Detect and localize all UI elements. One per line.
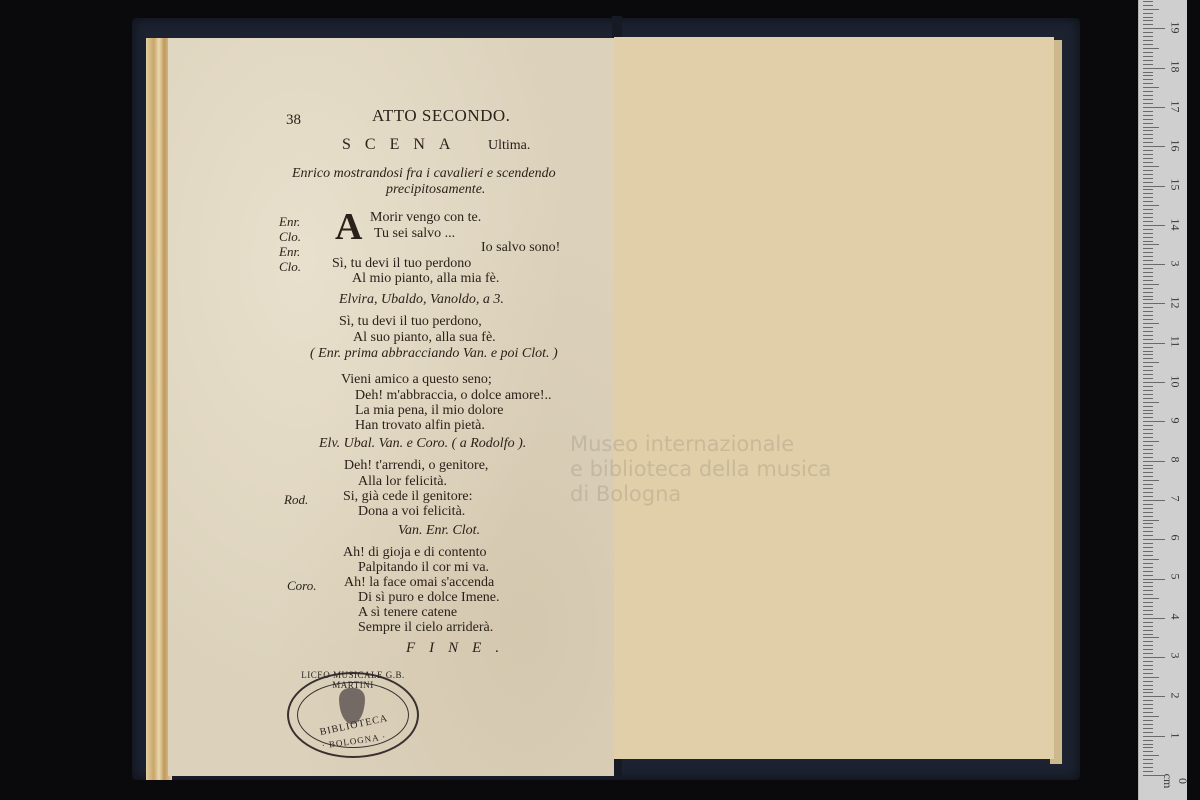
ruler-label: 1 <box>1168 728 1183 744</box>
verse-line: La mia pena, il mio dolore <box>355 403 504 419</box>
ruler-tick <box>1143 759 1153 760</box>
ruler-tick <box>1143 186 1165 187</box>
ruler-tick <box>1143 319 1153 320</box>
ruler-tick <box>1143 653 1153 654</box>
verse-line: Vieni amico a questo seno; <box>341 372 492 388</box>
ruler-tick <box>1143 182 1153 183</box>
ruler-label: 3 <box>1168 256 1183 272</box>
ruler-tick <box>1143 248 1153 249</box>
stage-direction: ( Enr. prima abbracciando Van. e poi Clo… <box>310 346 558 362</box>
ruler-tick <box>1143 571 1153 572</box>
ruler-tick <box>1143 641 1153 642</box>
speaker: Coro. <box>287 578 317 594</box>
verse-line: Morir vengo con te. <box>370 210 481 226</box>
ruler-tick <box>1143 406 1153 407</box>
ruler-tick <box>1143 696 1165 697</box>
ruler-label: 4 <box>1168 609 1183 625</box>
ruler-tick <box>1143 614 1153 615</box>
verse-line: Sempre il cielo arriderà. <box>358 620 493 636</box>
ruler-tick <box>1143 410 1153 411</box>
ruler-tick <box>1143 343 1165 344</box>
ruler-tick <box>1143 468 1153 469</box>
ruler-tick <box>1143 398 1153 399</box>
ruler-tick <box>1143 5 1153 6</box>
ruler-tick <box>1143 590 1153 591</box>
ruler-tick <box>1143 704 1153 705</box>
ruler-label: 17 <box>1168 99 1183 115</box>
ruler-tick <box>1143 20 1153 21</box>
ruler-tick <box>1143 755 1159 756</box>
ruler-tick <box>1143 649 1153 650</box>
ruler-tick <box>1143 256 1153 257</box>
ruler-tick <box>1143 716 1159 717</box>
ruler-tick <box>1143 555 1153 556</box>
ruler-tick <box>1143 539 1165 540</box>
ruler-tick <box>1143 547 1153 548</box>
ruler-tick <box>1143 130 1153 131</box>
ruler-tick <box>1143 681 1153 682</box>
ruler-tick <box>1143 28 1165 29</box>
ruler-tick <box>1143 241 1153 242</box>
verse-line: Si, già cede il genitore: <box>343 489 472 505</box>
section-heading: Elv. Ubal. Van. e Coro. ( a Rodolfo ). <box>319 436 526 452</box>
verse-line: Palpitando il cor mi va. <box>358 560 489 576</box>
ruler-tick <box>1143 763 1153 764</box>
speaker: Rod. <box>284 492 308 508</box>
ruler-tick <box>1143 233 1153 234</box>
section-heading: Elvira, Ubaldo, Vanoldo, a 3. <box>339 292 504 308</box>
ruler-tick <box>1143 437 1153 438</box>
blank-right-page <box>614 37 1054 759</box>
ruler-tick <box>1143 24 1153 25</box>
ruler-tick <box>1143 433 1153 434</box>
ruler-label: 6 <box>1168 530 1183 546</box>
verse-line: Sì, tu devi il tuo perdono <box>332 256 471 272</box>
ruler-tick <box>1143 685 1153 686</box>
ruler-tick <box>1143 657 1165 658</box>
speaker: Clo. <box>279 229 301 245</box>
ruler-tick <box>1143 634 1153 635</box>
ruler-tick <box>1143 390 1153 391</box>
ruler-tick <box>1143 575 1153 576</box>
ruler-tick <box>1143 508 1153 509</box>
ruler-tick <box>1143 582 1153 583</box>
watermark-line: e biblioteca della musica <box>570 457 831 482</box>
ruler-tick <box>1143 307 1153 308</box>
ruler-tick <box>1143 465 1153 466</box>
ruler-tick <box>1143 520 1159 521</box>
speaker: Enr. <box>279 244 300 260</box>
ruler-tick <box>1143 394 1153 395</box>
ruler-tick <box>1143 72 1153 73</box>
verse-line: Han trovato alfin pietà. <box>355 418 485 434</box>
ruler-tick <box>1143 193 1153 194</box>
ruler-tick <box>1143 292 1153 293</box>
ruler-tick <box>1143 728 1153 729</box>
ruler-tick <box>1143 52 1153 53</box>
ruler-tick <box>1143 445 1153 446</box>
ruler-label: 16 <box>1168 138 1183 154</box>
ruler-tick <box>1143 64 1153 65</box>
stage-direction: precipitosamente. <box>386 182 485 198</box>
ruler-tick <box>1143 127 1159 128</box>
ruler-label: 18 <box>1168 59 1183 75</box>
ruler-tick <box>1143 366 1153 367</box>
ruler-tick <box>1143 767 1153 768</box>
library-stamp: LICEO MUSICALE G.B. MARTINI BIBLIOTECA ·… <box>287 672 419 758</box>
ruler-tick <box>1143 370 1153 371</box>
ruler-tick <box>1143 692 1153 693</box>
ruler-tick <box>1143 68 1165 69</box>
ruler-label: 7 <box>1168 491 1183 507</box>
ruler-tick <box>1143 771 1153 772</box>
ruler-tick <box>1143 303 1165 304</box>
ruler-label: 14 <box>1168 217 1183 233</box>
ruler-label: 5 <box>1168 569 1183 585</box>
ruler-tick <box>1143 347 1153 348</box>
speaker: Clo. <box>279 259 301 275</box>
ruler-tick <box>1143 472 1153 473</box>
scene-qualifier: Ultima. <box>488 138 530 154</box>
ruler-tick <box>1143 736 1165 737</box>
ruler-tick <box>1143 563 1153 564</box>
ruler-tick <box>1143 99 1153 100</box>
ruler-tick <box>1143 622 1153 623</box>
ruler-tick <box>1143 626 1153 627</box>
ruler-tick <box>1143 500 1165 501</box>
verse-line: Sì, tu devi il tuo perdono, <box>339 314 482 330</box>
ruler-tick <box>1143 315 1153 316</box>
ruler-tick <box>1143 665 1153 666</box>
ruler-tick <box>1143 335 1153 336</box>
verse-line: Tu sei salvo ... <box>374 226 455 242</box>
ruler-tick <box>1143 645 1153 646</box>
ruler-tick <box>1143 637 1159 638</box>
ruler-label: 8 <box>1168 452 1183 468</box>
ruler-tick <box>1143 44 1153 45</box>
ruler-tick <box>1143 299 1153 300</box>
ruler-tick <box>1143 669 1153 670</box>
watermark-line: Museo internazionale <box>570 432 831 457</box>
verse-line: Al suo pianto, alla sua fè. <box>353 330 496 346</box>
ruler-tick <box>1143 712 1153 713</box>
ruler-tick <box>1143 107 1165 108</box>
ruler-tick <box>1143 1 1153 2</box>
ruler-tick <box>1143 244 1159 245</box>
ruler-tick <box>1143 83 1153 84</box>
ruler-tick <box>1143 205 1159 206</box>
ruler-tick <box>1143 288 1153 289</box>
ruler-tick <box>1143 119 1153 120</box>
ruler-tick <box>1143 13 1153 14</box>
ruler-tick <box>1143 425 1153 426</box>
ruler-tick <box>1143 630 1153 631</box>
ruler-tick <box>1143 225 1165 226</box>
scene-label: SCENA <box>342 136 464 154</box>
ruler-tick <box>1143 201 1153 202</box>
ruler-tick <box>1143 280 1153 281</box>
ruler-tick <box>1143 32 1153 33</box>
verse-line: Io salvo sono! <box>481 240 560 256</box>
verse-line: Ah! di gioja e di contento <box>343 545 486 561</box>
stamp-top-text: LICEO MUSICALE G.B. MARTINI <box>299 670 407 690</box>
ruler-tick <box>1143 237 1153 238</box>
stage-direction: Enrico mostrandosi fra i cavalieri e sce… <box>292 166 556 182</box>
ruler-tick <box>1143 311 1153 312</box>
verse-line: Al mio pianto, alla mia fè. <box>352 271 499 287</box>
ruler-tick <box>1143 586 1153 587</box>
ruler-tick <box>1143 382 1165 383</box>
ruler-tick <box>1143 413 1153 414</box>
ruler-tick <box>1143 134 1153 135</box>
ruler-tick <box>1143 178 1153 179</box>
ruler-tick <box>1143 488 1153 489</box>
ruler-tick <box>1143 111 1153 112</box>
verse-line: A sì tenere catene <box>358 605 457 621</box>
ruler-tick <box>1143 531 1153 532</box>
ruler-tick <box>1143 339 1153 340</box>
ruler-tick <box>1143 296 1153 297</box>
ruler-tick <box>1143 512 1153 513</box>
ruler-tick <box>1143 579 1165 580</box>
ruler-tick <box>1143 36 1153 37</box>
ruler-tick <box>1143 170 1153 171</box>
speaker: Enr. <box>279 214 300 230</box>
ruler-tick <box>1143 673 1153 674</box>
ruler-tick <box>1143 260 1153 261</box>
ruler-tick <box>1143 362 1159 363</box>
ruler-tick <box>1143 221 1153 222</box>
ruler-tick <box>1143 523 1153 524</box>
ruler-tick <box>1143 327 1153 328</box>
ruler-tick <box>1143 378 1153 379</box>
watermark: Museo internazionale e biblioteca della … <box>570 432 831 507</box>
ruler-tick <box>1143 457 1153 458</box>
ruler-tick <box>1143 747 1153 748</box>
ruler-tick <box>1143 700 1153 701</box>
ruler-tick <box>1143 48 1159 49</box>
ruler-tick <box>1143 449 1153 450</box>
ruler-tick <box>1143 740 1153 741</box>
ruler-tick <box>1143 689 1153 690</box>
ruler-tick <box>1143 492 1153 493</box>
ruler-tick <box>1143 598 1159 599</box>
ruler-tick <box>1143 732 1153 733</box>
ruler-tick <box>1143 146 1165 147</box>
ruler-tick <box>1143 351 1153 352</box>
fine-label: FINE. <box>406 640 513 657</box>
ruler-tick <box>1143 252 1153 253</box>
ruler-tick <box>1143 87 1159 88</box>
ruler-tick <box>1143 229 1153 230</box>
act-title: ATTO SECONDO. <box>372 106 510 126</box>
ruler-tick <box>1143 744 1153 745</box>
ruler-tick <box>1143 162 1153 163</box>
ruler-label: 9 <box>1168 413 1183 429</box>
ruler-tick <box>1143 174 1153 175</box>
verse-line: Di sì puro e dolce Imene. <box>358 590 500 606</box>
ruler-tick <box>1143 138 1153 139</box>
measurement-ruler: 0 cm 1 2 3 4 5 6 7 8 9 10 11 12 3 14 15 … <box>1138 0 1187 800</box>
ruler-label: 19 <box>1168 20 1183 36</box>
ruler-tick <box>1143 386 1153 387</box>
ruler-tick <box>1143 213 1153 214</box>
verse-line: Dona a voi felicità. <box>358 504 465 520</box>
ruler-tick <box>1143 323 1159 324</box>
ruler-tick <box>1143 17 1153 18</box>
ruler-tick <box>1143 677 1159 678</box>
drop-cap: A <box>335 208 362 246</box>
ruler-label: 12 <box>1168 295 1183 311</box>
verse-line: Deh! t'arrendi, o genitore, <box>344 458 488 474</box>
ruler-tick <box>1143 480 1159 481</box>
ruler-tick <box>1143 103 1153 104</box>
ruler-tick <box>1143 724 1153 725</box>
ruler-tick <box>1143 594 1153 595</box>
ruler-label: 15 <box>1168 177 1183 193</box>
ruler-tick <box>1143 720 1153 721</box>
ruler-tick <box>1143 504 1153 505</box>
ruler-tick <box>1143 429 1153 430</box>
ruler-tick <box>1143 421 1165 422</box>
ruler-tick <box>1143 75 1153 76</box>
ruler-tick <box>1143 484 1153 485</box>
ruler-tick <box>1143 606 1153 607</box>
ruler-tick <box>1143 268 1153 269</box>
verse-line: Ah! la face omai s'accenda <box>344 575 494 591</box>
ruler-tick <box>1143 618 1165 619</box>
ruler-tick <box>1143 276 1153 277</box>
ruler-tick <box>1143 95 1153 96</box>
ruler-tick <box>1143 56 1153 57</box>
ruler-tick <box>1143 9 1159 10</box>
ruler-tick <box>1143 402 1159 403</box>
verse-line: Deh! m'abbraccia, o dolce amore!.. <box>355 388 551 404</box>
ruler-tick <box>1143 166 1159 167</box>
ruler-tick <box>1143 79 1153 80</box>
ruler-tick <box>1143 661 1153 662</box>
ruler-label: 10 <box>1168 374 1183 390</box>
ruler-tick <box>1143 217 1153 218</box>
ruler-tick <box>1143 417 1153 418</box>
ruler-tick <box>1143 358 1153 359</box>
ruler-tick <box>1143 551 1153 552</box>
ruler-label: 11 <box>1168 334 1183 350</box>
ruler-tick <box>1143 527 1153 528</box>
ruler-tick <box>1143 453 1153 454</box>
section-heading: Van. Enr. Clot. <box>398 523 480 539</box>
ruler-tick <box>1143 272 1153 273</box>
ruler-tick <box>1143 154 1153 155</box>
ruler-tick <box>1143 91 1153 92</box>
ruler-tick <box>1143 150 1153 151</box>
ruler-tick <box>1143 158 1153 159</box>
ruler-tick <box>1143 123 1153 124</box>
ruler-tick <box>1143 751 1153 752</box>
ruler-tick <box>1143 496 1153 497</box>
ruler-tick <box>1143 567 1153 568</box>
page-number: 38 <box>286 112 301 129</box>
ruler-tick <box>1143 535 1153 536</box>
watermark-line: di Bologna <box>570 482 831 507</box>
ruler-tick <box>1143 441 1159 442</box>
ruler-tick <box>1143 264 1165 265</box>
ruler-tick <box>1143 610 1153 611</box>
ruler-tick <box>1143 331 1153 332</box>
ruler-tick <box>1143 559 1159 560</box>
ruler-label: 2 <box>1168 688 1183 704</box>
ruler-label: 3 <box>1168 648 1183 664</box>
ruler-tick <box>1143 354 1153 355</box>
ruler-tick <box>1143 543 1153 544</box>
ruler-tick <box>1143 708 1153 709</box>
ruler-tick <box>1143 115 1153 116</box>
ruler-tick <box>1143 516 1153 517</box>
ruler-tick <box>1143 284 1159 285</box>
ruler-tick <box>1143 142 1153 143</box>
ruler-tick <box>1143 775 1165 776</box>
ruler-tick <box>1143 60 1153 61</box>
ruler-tick <box>1143 209 1153 210</box>
verse-line: Alla lor felicità. <box>358 474 447 490</box>
ruler-tick <box>1143 374 1153 375</box>
ruler-tick <box>1143 602 1153 603</box>
ruler-tick <box>1143 461 1165 462</box>
ruler-tick <box>1143 476 1153 477</box>
ruler-tick <box>1143 197 1153 198</box>
ruler-tick <box>1143 189 1153 190</box>
ruler-tick <box>1143 40 1153 41</box>
